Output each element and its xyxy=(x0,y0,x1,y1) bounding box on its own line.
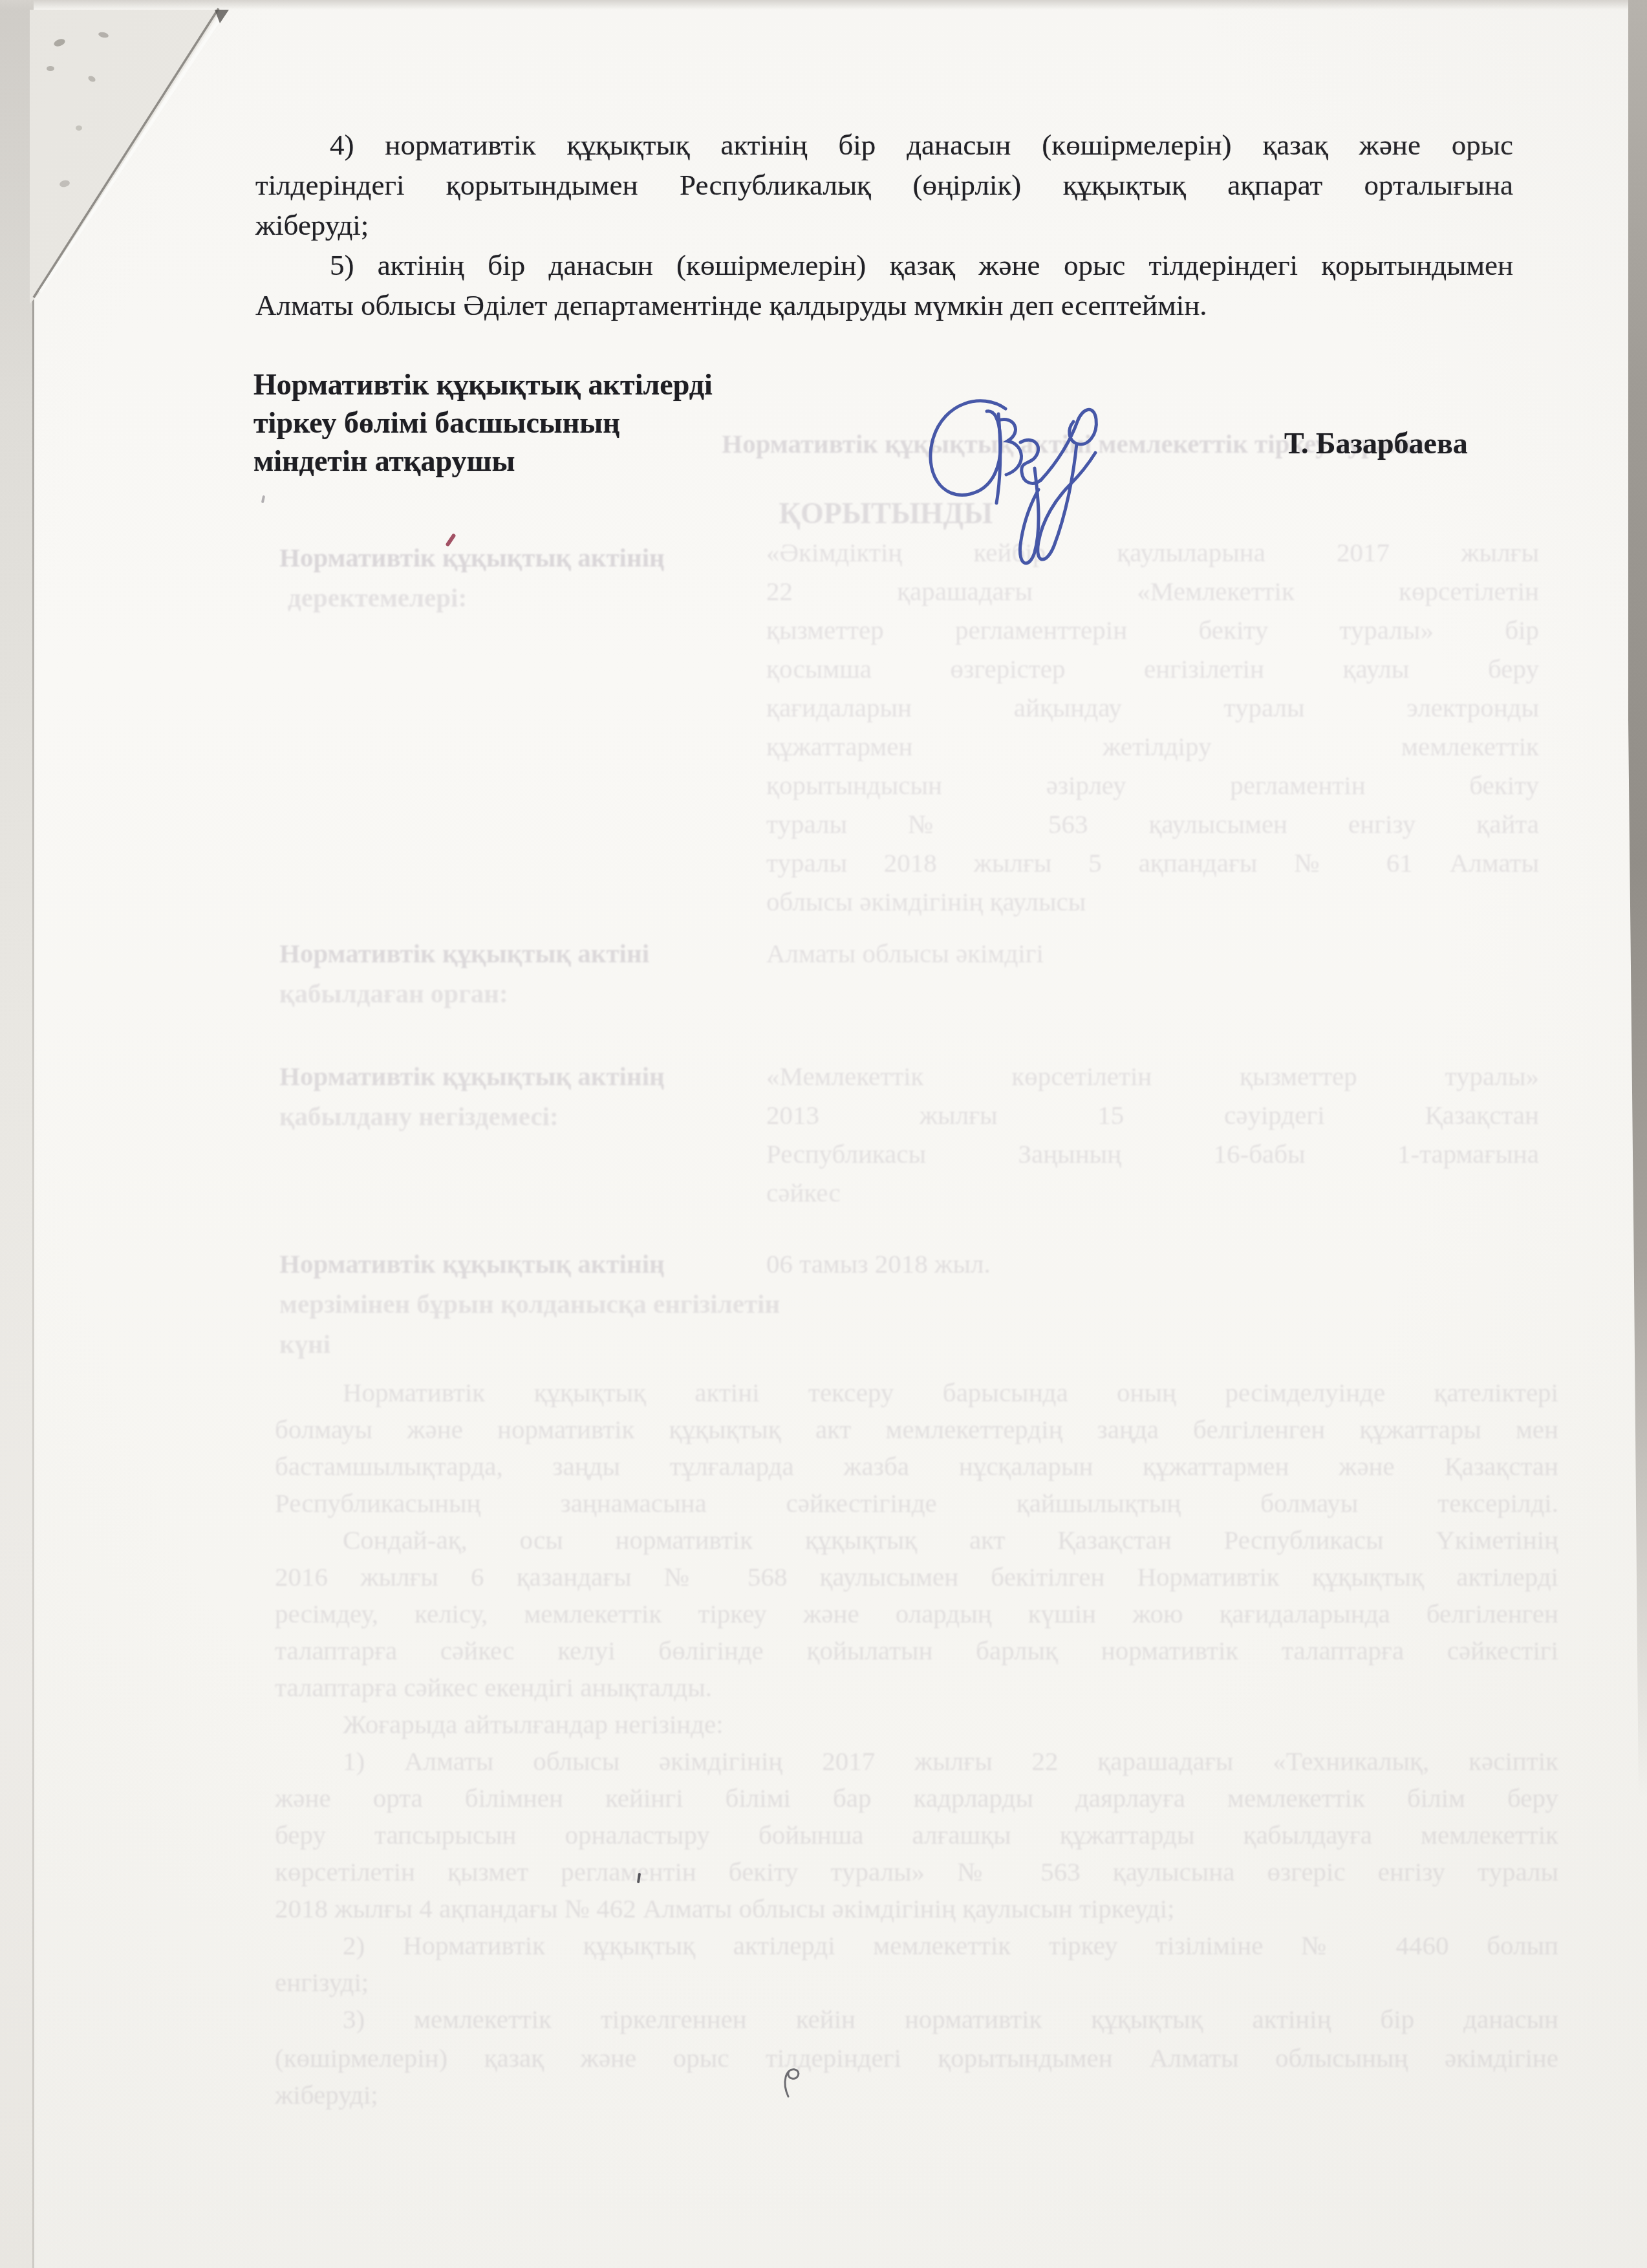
bleedthrough-line: Жоғарыда айтылғандар негізінде: xyxy=(343,1709,873,1740)
bleedthrough-line: 2016 жылғы 6 қазандағы № 568 қаулысымен … xyxy=(275,1561,1558,1593)
body-line: 4) нормативтік құқықтық актінің бір дана… xyxy=(255,127,1513,163)
bleedthrough-line: мерзімінен бұрын қолданысқа енгізілетін xyxy=(279,1288,706,1320)
bleedthrough-line: Нормативтік құқықтық актіні xyxy=(279,938,680,969)
bleedthrough-line: 2) Нормативтік құқықтық актілерді мемлек… xyxy=(343,1930,1558,1961)
bleedthrough-line: қағидаларын айқындау туралы электронды xyxy=(766,692,1539,724)
bleedthrough-line: Нормативтік құқықтық актінің xyxy=(279,1248,680,1280)
handwritten-signature xyxy=(904,383,1111,577)
bleedthrough-line: құжаттармен жетілдіру мемлекеттік xyxy=(766,731,1539,762)
signer-role-line: міндетін атқарушы xyxy=(253,444,965,478)
bleedthrough-line: және орта білімнен кейінгі білімі бар ка… xyxy=(275,1782,1558,1814)
body-line: Алматы облысы Әділет департаментінде қал… xyxy=(255,287,1513,323)
signer-role-line: Нормативтік құқықтық актілерді xyxy=(253,367,965,402)
bleedthrough-line: болмауы және нормативтік құқықтық акт ме… xyxy=(275,1414,1558,1445)
bleedthrough-line: бастамшылықтарда, заңды тұлғаларда жазба… xyxy=(275,1451,1558,1482)
scanned-document-page: Нормативтік құқықтық актіні мемлекеттік … xyxy=(0,0,1647,2268)
bleedthrough-line: Нормативтік құқықтық актіні тексеру бары… xyxy=(343,1377,1558,1409)
bleedthrough-line: жіберуді; xyxy=(275,2079,482,2111)
bleedthrough-line: 1) Алматы облысы әкімдігінің 2017 жылғы … xyxy=(343,1745,1558,1777)
signer-role-line: тіркеу бөлімі басшысының xyxy=(253,405,965,440)
bleedthrough-line: ресімдеу, келісу, мемлекеттік тіркеу жән… xyxy=(275,1598,1558,1630)
bleedthrough-line: туралы № 563 қаулысымен енгізу қайта xyxy=(766,808,1539,840)
bleedthrough-line: Алматы облысы әкімдігі xyxy=(766,938,1180,969)
body-line: жіберуді; xyxy=(255,207,1513,243)
bleedthrough-line: талаптарға сәйкес екендігі анықталды. xyxy=(275,1672,857,1703)
bleedthrough-line: (көшірмелерін) қазақ және орыс тілдерінд… xyxy=(275,2042,1558,2074)
bleedthrough-line: сәйкес xyxy=(766,1177,1025,1209)
bleedthrough-line: 06 тамыз 2018 жыл. xyxy=(766,1248,1167,1280)
bleedthrough-line: қорытындысын әзірлеу регламентін бекіту xyxy=(766,770,1539,801)
bleedthrough-line: талаптарға сәйкес келуі бөлігінде қойыла… xyxy=(275,1635,1558,1667)
folded-corner xyxy=(0,0,272,349)
bleedthrough-line: Нормативтік құқықтық актінің xyxy=(279,1061,680,1092)
bleedthrough-line: 3) мемлекеттік тіркелгеннен кейін нормат… xyxy=(343,2003,1558,2035)
bleedthrough-line: облысы әкімдігінің қаулысы xyxy=(766,886,1348,918)
bleedthrough-line: күні xyxy=(279,1328,409,1360)
bleedthrough-line: деректемелері: xyxy=(288,582,559,614)
bleedthrough-line: туралы 2018 жылғы 5 ақпандағы № 61 Алмат… xyxy=(766,847,1539,879)
bleedthrough-line: 2013 жылғы 15 сәуірдегі Қазақстан xyxy=(766,1099,1539,1131)
bleedthrough-line: қабылдаған орган: xyxy=(279,978,577,1010)
bleedthrough-line: Нормативтік құқықтық актінің xyxy=(279,542,680,574)
bleedthrough-line: Республикасының заңнамасына сәйкестігінд… xyxy=(275,1487,1558,1519)
bleedthrough-line: енгізуді; xyxy=(275,1967,533,1998)
bleedthrough-line: 22 қарашадағы «Мемлекеттік көрсетілетін xyxy=(766,576,1539,607)
bleedthrough-line: Республикасы Заңының 16-бабы 1-тармағына xyxy=(766,1138,1539,1170)
body-line: 5) актінің бір данасын (көшірмелерін) қа… xyxy=(255,247,1513,283)
body-line: тілдеріндегі қорытындымен Республикалық … xyxy=(255,167,1513,203)
bleedthrough-line: 2018 жылғы 4 ақпандағы № 462 Алматы облы… xyxy=(275,1893,1374,1925)
bleedthrough-line: беру тапсырысын орналастыру бойынша алға… xyxy=(275,1819,1558,1851)
bleedthrough-line: «Мемлекеттік көрсетілетін қызметтер тура… xyxy=(766,1061,1539,1092)
bleedthrough-line: қызметтер регламенттерін бекіту туралы» … xyxy=(766,614,1539,646)
bleedthrough-line: Сондай-ақ, осы нормативтік құқықтық акт … xyxy=(343,1524,1558,1556)
signer-name: Т. Базарбаева xyxy=(1284,426,1468,460)
bleedthrough-line: қабылдану негіздемесі: xyxy=(279,1101,616,1132)
bleedthrough-line: қосымша өзгерістер енгізілетін қаулы бер… xyxy=(766,653,1539,685)
bleedthrough-line: «Әкімдіктің кейбір қаулыларына 2017 жылғ… xyxy=(766,537,1539,568)
bleedthrough-line: көрсетілетін қызмет регламентін бекіту т… xyxy=(275,1856,1558,1888)
pen-stray-mark xyxy=(779,2063,805,2102)
